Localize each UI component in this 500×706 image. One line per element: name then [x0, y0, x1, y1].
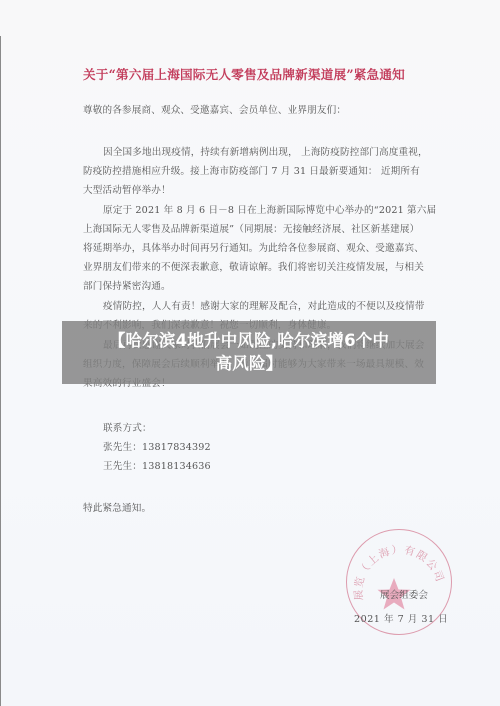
paragraph-2-line-2: 上海国际无人零售及品牌新渠道展”（同期展：无接触经济展、社区新基建展）	[83, 220, 419, 240]
document-title: 关于“第六届上海国际无人零售及品牌新渠道展”紧急通知	[83, 64, 405, 83]
paragraph-3-line-1: 疫情防控，人人有责！感谢大家的理解及配合，对此造成的不便以及疫情带	[103, 297, 425, 317]
headline-overlay-text: 【哈尔滨4地升中风险,哈尔滨增6个中 高风险】	[62, 321, 436, 384]
paragraph-1-line-2: 防疫防控措施相应升级。接上海市防疫部门 7 月 31 日最新要通知： 近期所有	[83, 162, 420, 182]
contact-name-2: 王先生：	[103, 461, 142, 472]
contact-phone-2: 13818134636	[142, 461, 211, 472]
paragraph-2-line-3: 将延期举办，具体举办时间再另行通知。为此给各位参展商、观众、受邀嘉宾、	[83, 239, 424, 259]
closing-line: 特此紧急通知。	[83, 499, 151, 519]
contact-name-1: 张先生：	[103, 442, 142, 453]
paragraph-2-line-4: 业界朋友们带来的不便深表歉意，敬请谅解。我们将密切关注疫情发展，与相关	[83, 258, 424, 278]
paragraph-1-line-1: 因全国多地出现疫情，持续有新增病例出现， 上海防疫防控部门高度重视，	[103, 143, 428, 163]
headline-line-2: 高风险】	[62, 352, 436, 375]
signature-date: 2021 年 7 月 31 日	[354, 611, 448, 625]
contact-phone-1: 13817834392	[142, 442, 211, 453]
paragraph-2-line-5: 部门保持紧密沟通。	[83, 277, 171, 297]
paragraph-2-line-1: 原定于 2021 年 8 月 6 日－8 日在上海新国际博览中心举办的“2021…	[103, 201, 436, 221]
paragraph-1-line-3: 大型活动暂停举办！	[83, 181, 171, 201]
contact-person-1: 张先生：13817834392	[103, 438, 211, 458]
salutation: 尊敬的各参展商、观众、受邀嘉宾、会员单位、业界朋友们：	[83, 101, 346, 121]
contact-person-2: 王先生：13818134636	[103, 457, 211, 477]
signature-organization: 展会组委会	[380, 587, 428, 601]
headline-line-1: 【哈尔滨4地升中风险,哈尔滨增6个中	[62, 329, 436, 352]
page-edge-divider	[0, 36, 1, 706]
contact-label: 联系方式：	[103, 419, 152, 439]
